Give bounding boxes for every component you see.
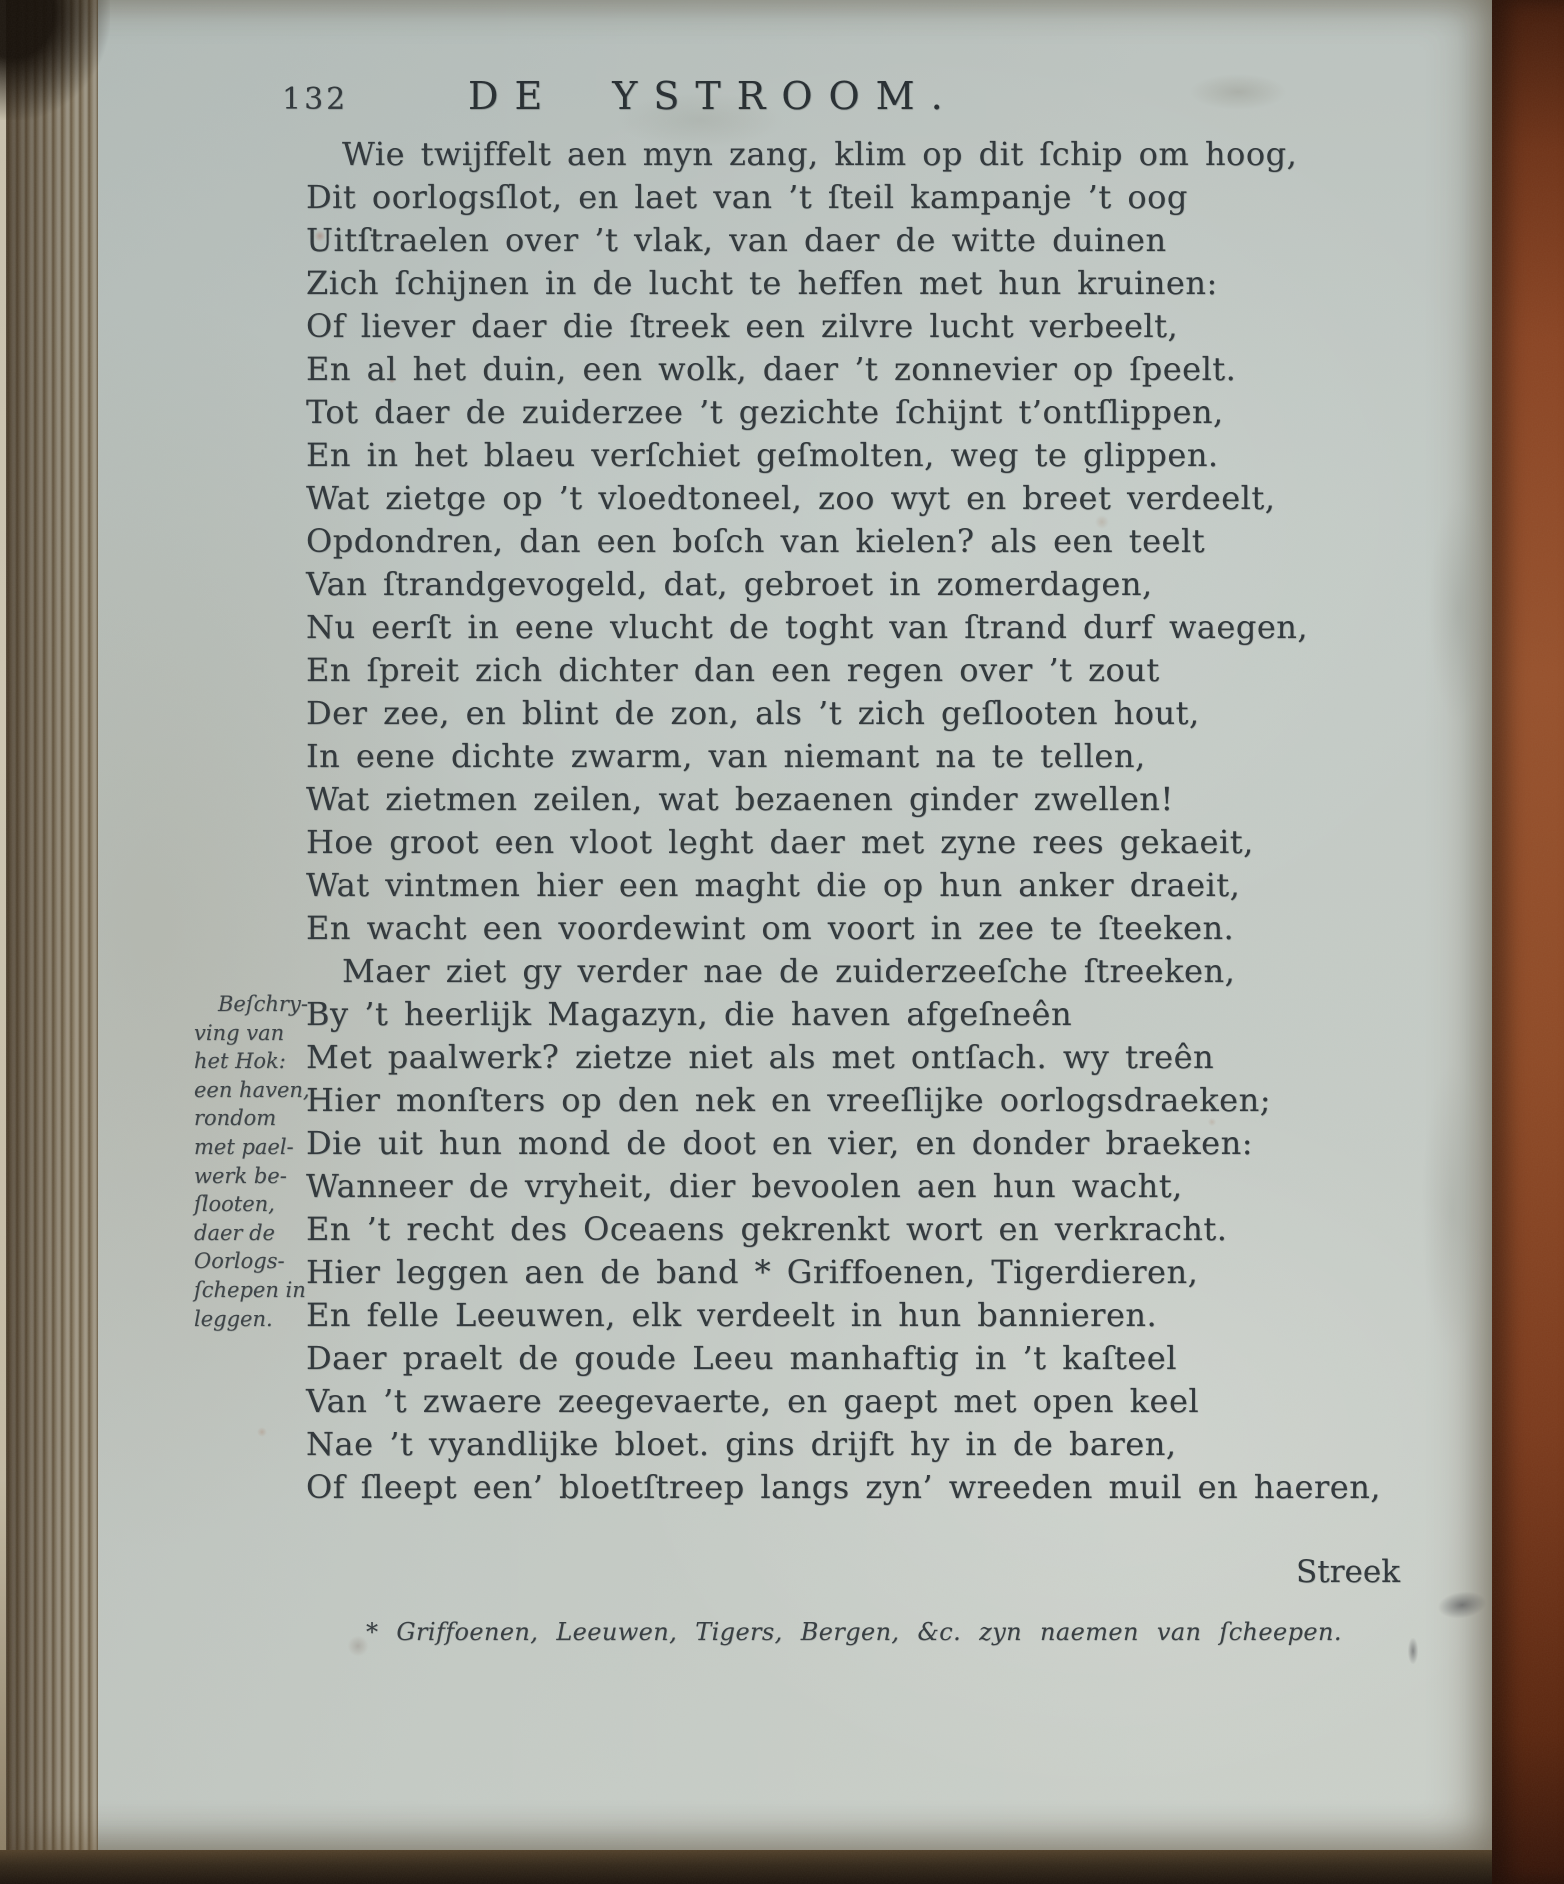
poem-line: Wie twijffelt aen myn zang, klim op dit … [306, 133, 1496, 176]
marginal-note-line: ſchepen in [194, 1276, 326, 1305]
poem-line: Der zee, en blint de zon, als ’t zich ge… [306, 692, 1496, 735]
poem-line: Daer praelt de goude Leeu manhaftig in ’… [306, 1337, 1496, 1380]
poem-line: Wat zietmen zeilen, wat bezaenen ginder … [306, 778, 1496, 821]
marginal-note-line: leggen. [194, 1305, 326, 1334]
poem-line: Zich ſchijnen in de lucht te heffen met … [306, 262, 1496, 305]
poem-line: Of liever daer die ſtreek een zilvre luc… [306, 305, 1496, 348]
poem-line: Van ’t zwaere zeegevaerte, en gaept met … [306, 1380, 1496, 1423]
poem-line: Tot daer de zuiderzee ’t gezichte ſchijn… [306, 391, 1496, 434]
poem-line: En ſpreit zich dichter dan een regen ove… [306, 649, 1496, 692]
marginal-note-line: het Hok: [194, 1047, 326, 1076]
marginal-note: Beſchry- ving van het Hok: een haven, ro… [194, 990, 326, 1333]
running-title: DE YSTROOM. [468, 74, 959, 118]
poem-line: En wacht een voordewint om voort in zee … [306, 907, 1496, 950]
poem-line: Hier monſters op den nek en vreeſlijke o… [306, 1079, 1496, 1122]
poem-line: Opdondren, dan een boſch van kielen? als… [306, 520, 1496, 563]
dark-corner-top-left [0, 0, 110, 120]
marginal-note-line: ſlooten, [194, 1190, 326, 1219]
poem-line: Uitſtraelen over ’t vlak, van daer de wi… [306, 219, 1496, 262]
book-cover-right [1492, 0, 1564, 1884]
marginal-note-line: Beſchry- [194, 990, 326, 1019]
poem-line: Nu eerſt in eene vlucht de toght van ſtr… [306, 606, 1496, 649]
marginal-note-line: ving van [194, 1019, 326, 1048]
poem-line: En in het blaeu verſchiet geſmolten, weg… [306, 434, 1496, 477]
poem-line: Hoe groot een vloot leght daer met zyne … [306, 821, 1496, 864]
poem-line: Wanneer de vryheit, dier bevoolen aen hu… [306, 1165, 1496, 1208]
marginal-note-line: werk be- [194, 1162, 326, 1191]
poem-text-block: Wie twijffelt aen myn zang, klim op dit … [306, 133, 1496, 1509]
marginal-note-line: rondom [194, 1104, 326, 1133]
poem-line: In eene dichte zwarm, van niemant na te … [306, 735, 1496, 778]
poem-line: Hier leggen aen de band * Griffoenen, Ti… [306, 1251, 1496, 1294]
poem-line: By ’t heerlijk Magazyn, die haven afgeſn… [306, 993, 1496, 1036]
footnote: * Griffoenen, Leeuwen, Tigers, Bergen, &… [366, 1618, 1342, 1646]
poem-line: Wat vintmen hier een maght die op hun an… [306, 864, 1496, 907]
poem-line: Wat zietge op ’t vloedtoneel, zoo wyt en… [306, 477, 1496, 520]
catchword: Streek [1120, 1554, 1400, 1590]
book-page-photo: 132 DE YSTROOM. Wie twijffelt aen myn za… [0, 0, 1564, 1884]
page-number: 132 [282, 82, 348, 117]
poem-line: Die uit hun mond de doot en vier, en don… [306, 1122, 1496, 1165]
poem-line: Van ſtrandgevogeld, dat, gebroet in zome… [306, 563, 1496, 606]
marginal-note-line: Oorlogs- [194, 1247, 326, 1276]
poem-line: Maer ziet gy verder nae de zuiderzeeſche… [306, 950, 1496, 993]
ink-smudge-small [1408, 1638, 1418, 1664]
book-spine-edges [6, 0, 98, 1850]
poem-line: Nae ’t vyandlijke bloet. gins drijft hy … [306, 1423, 1496, 1466]
marginal-note-line: daer de [194, 1219, 326, 1248]
poem-line: Of ſleept een’ bloetſtreep langs zyn’ wr… [306, 1466, 1496, 1509]
marginal-note-line: met pael- [194, 1133, 326, 1162]
poem-line: Dit oorlogsſlot, en laet van ’t ſteil ka… [306, 176, 1496, 219]
poem-line: En felle Leeuwen, elk verdeelt in hun ba… [306, 1294, 1496, 1337]
poem-line: Met paalwerk? zietze niet als met ontſac… [306, 1036, 1496, 1079]
poem-line: En al het duin, een wolk, daer ’t zonnev… [306, 348, 1496, 391]
book-cover-bottom [0, 1850, 1492, 1884]
poem-line: En ’t recht des Oceaens gekrenkt wort en… [306, 1208, 1496, 1251]
marginal-note-line: een haven, [194, 1076, 326, 1105]
